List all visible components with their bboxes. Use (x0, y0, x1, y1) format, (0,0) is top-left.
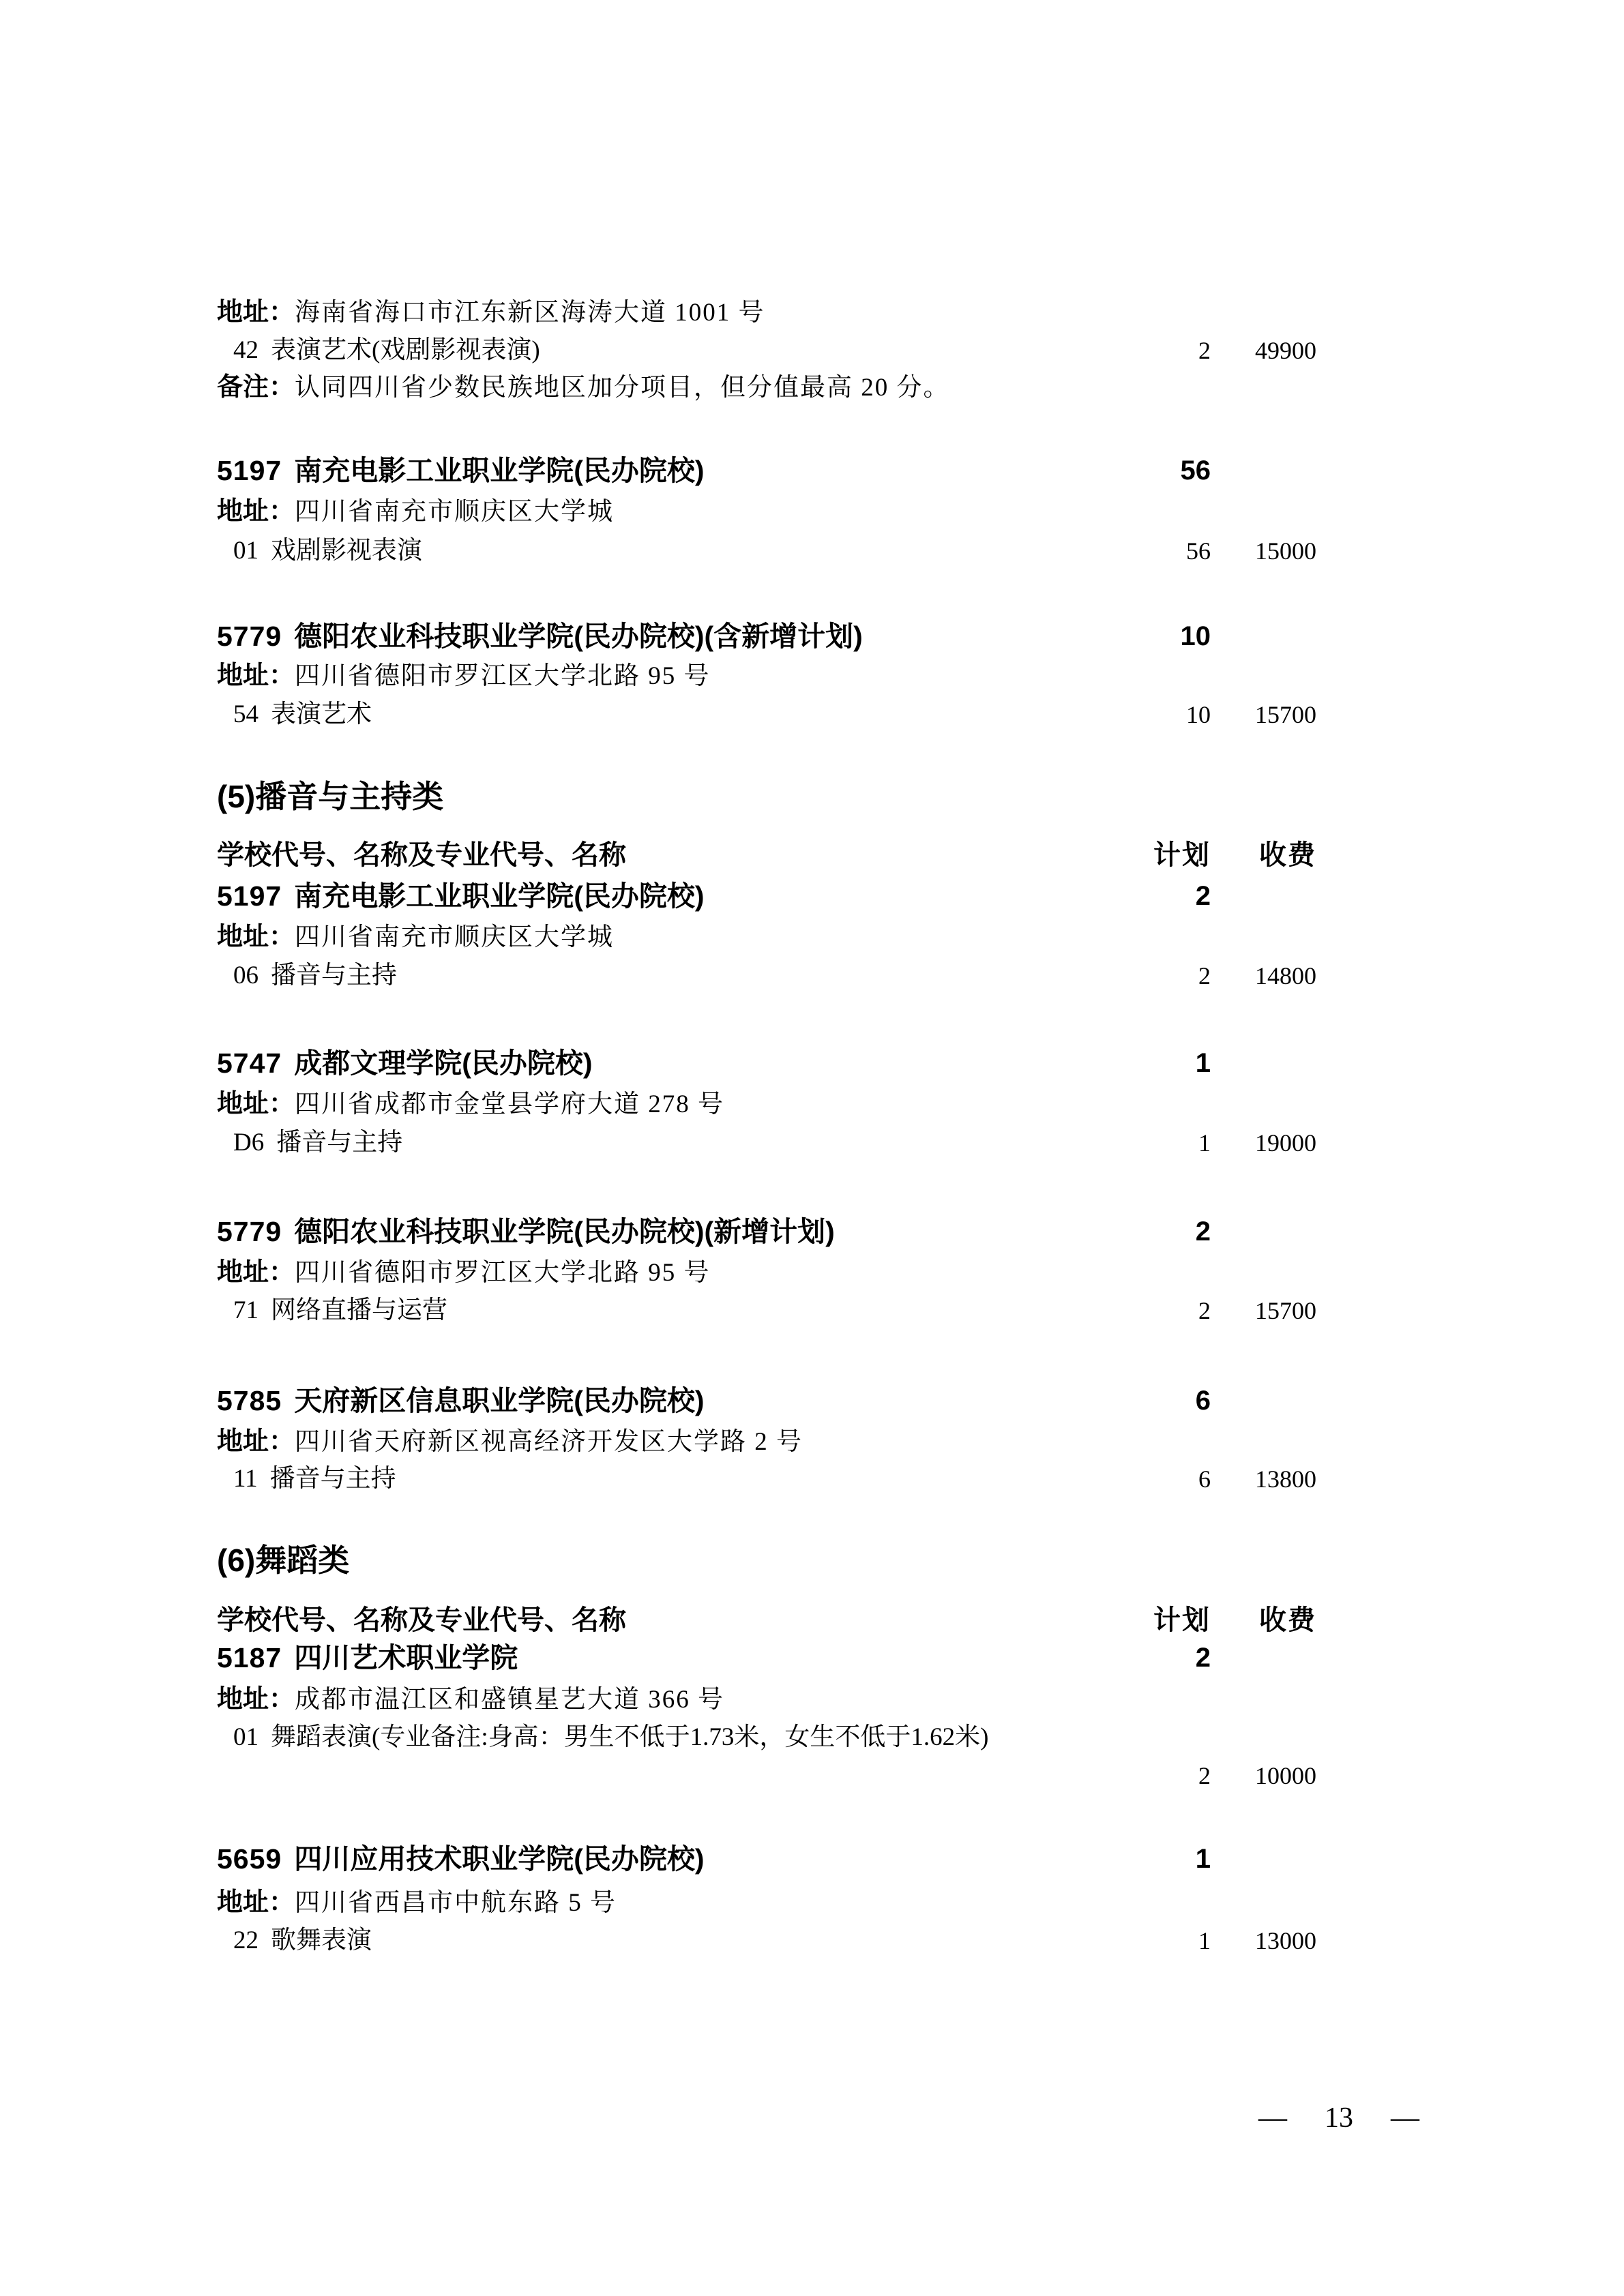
major-name: 播音与主持 (270, 1465, 396, 1493)
plan-value: 2 (1198, 957, 1211, 995)
major-code: 42 (233, 336, 259, 364)
school-name: 成都文理学院(民办院校) (294, 1047, 592, 1079)
note-label: 备注： (217, 373, 295, 402)
plan-value: 1 (1198, 1124, 1211, 1162)
address-label: 地址： (217, 1685, 295, 1714)
school-plan-total: 2 (1196, 877, 1211, 915)
school-name: 南充电影工业职业学院(民办院校) (294, 880, 704, 912)
major-name: 歌舞表演 (271, 1926, 372, 1954)
school-row: 5779德阳农业科技职业学院(民办院校)(含新增计划) 10 (217, 617, 1324, 655)
address-label: 地址： (217, 298, 295, 327)
fee-value: 15700 (1255, 696, 1316, 734)
major-row: 11播音与主持 6 13800 (217, 1460, 1324, 1498)
major-row: 54表演艺术 10 15700 (217, 696, 1324, 734)
school-row: 5659四川应用技术职业学院(民办院校) 1 (217, 1840, 1324, 1878)
school-row: 5779德阳农业科技职业学院(民办院校)(新增计划) 2 (217, 1212, 1324, 1251)
school-plan-total: 2 (1196, 1639, 1211, 1677)
school-plan-total: 56 (1181, 451, 1211, 490)
address-row: 地址：四川省德阳市罗江区大学北路 95 号 (217, 1253, 1324, 1292)
major-row: 01舞蹈表演(专业备注:身高：男生不低于1.73米，女生不低于1.62米) (217, 1718, 1324, 1757)
page-footer: — 13 — (1258, 2099, 1419, 2137)
address-row: 地址：四川省成都市金堂县学府大道 278 号 (217, 1085, 1324, 1123)
fee-value: 15700 (1255, 1292, 1316, 1330)
address-row: 地址：四川省南充市顺庆区大学城 (217, 492, 1324, 531)
major-code: 11 (233, 1465, 258, 1493)
plan-value: 10 (1186, 696, 1211, 734)
school-name: 南充电影工业职业学院(民办院校) (294, 455, 704, 486)
plan-value: 6 (1198, 1460, 1211, 1498)
fee-value: 49900 (1255, 331, 1316, 370)
major-row: 42表演艺术(戏剧影视表演) 2 49900 (217, 331, 1324, 370)
school-code: 5187 (217, 1642, 282, 1673)
major-name: 舞蹈表演(专业备注:身高：男生不低于1.73米，女生不低于1.62米) (271, 1723, 988, 1751)
major-values-row: 2 10000 (217, 1757, 1324, 1795)
major-name: 表演艺术(戏剧影视表演) (271, 336, 540, 364)
address-text: 四川省成都市金堂县学府大道 278 号 (295, 1090, 724, 1118)
table-header-row: 学校代号、名称及专业代号、名称 计划 收费 (217, 836, 1324, 874)
plan-value: 56 (1186, 532, 1211, 570)
school-code: 5659 (217, 1843, 282, 1875)
major-code: 22 (233, 1926, 259, 1954)
fee-value: 15000 (1255, 532, 1316, 570)
school-plan-total: 1 (1196, 1840, 1211, 1878)
address-label: 地址： (217, 1258, 295, 1287)
page-number: 13 (1325, 2099, 1353, 2137)
address-label: 地址： (217, 1888, 295, 1917)
major-code: 06 (233, 961, 259, 989)
school-name: 德阳农业科技职业学院(民办院校)(新增计划) (294, 1216, 835, 1247)
major-code: 54 (233, 700, 259, 728)
address-text: 四川省德阳市罗江区大学北路 95 号 (295, 1259, 711, 1287)
address-row: 地址：四川省德阳市罗江区大学北路 95 号 (217, 657, 1324, 695)
fee-value: 19000 (1255, 1124, 1316, 1162)
school-code: 5197 (217, 880, 282, 912)
school-plan-total: 6 (1196, 1382, 1211, 1420)
address-row: 地址：四川省天府新区视高经济开发区大学路 2 号 (217, 1422, 1324, 1461)
document-page: 地址：海南省海口市江东新区海涛大道 1001 号 42表演艺术(戏剧影视表演) … (0, 0, 1624, 2296)
note-text: 认同四川省少数民族地区加分项目，但分值最高 20 分。 (295, 374, 950, 402)
major-name: 网络直播与运营 (271, 1296, 447, 1324)
table-header-label: 学校代号、名称及专业代号、名称 (217, 840, 626, 870)
plan-column-header: 计划 (1153, 1601, 1211, 1639)
plan-value: 2 (1198, 1757, 1211, 1795)
major-row: 22歌舞表演 1 13000 (217, 1922, 1324, 1960)
school-name: 四川应用技术职业学院(民办院校) (294, 1843, 704, 1875)
address-text: 四川省南充市顺庆区大学城 (295, 923, 614, 951)
plan-value: 2 (1198, 1292, 1211, 1330)
fee-value: 13800 (1255, 1460, 1316, 1498)
table-header-label: 学校代号、名称及专业代号、名称 (217, 1605, 626, 1635)
school-code: 5197 (217, 455, 282, 486)
school-name: 四川艺术职业学院 (294, 1642, 518, 1673)
major-code: 01 (233, 537, 259, 565)
address-text: 海南省海口市江东新区海涛大道 1001 号 (295, 299, 765, 327)
major-name: 表演艺术 (271, 700, 372, 728)
school-name: 天府新区信息职业学院(民办院校) (294, 1385, 704, 1416)
school-row: 5785天府新区信息职业学院(民办院校) 6 (217, 1382, 1324, 1420)
plan-value: 1 (1198, 1922, 1211, 1960)
plan-value: 2 (1198, 331, 1211, 370)
school-plan-total: 1 (1196, 1044, 1211, 1082)
major-name: 播音与主持 (276, 1129, 402, 1157)
address-row: 地址：成都市温江区和盛镇星艺大道 366 号 (217, 1680, 1324, 1718)
address-text: 成都市温江区和盛镇星艺大道 366 号 (295, 1686, 724, 1714)
address-label: 地址： (217, 1090, 295, 1118)
school-code: 5785 (217, 1385, 282, 1416)
school-code: 5779 (217, 621, 282, 652)
address-row: 地址：四川省南充市顺庆区大学城 (217, 918, 1324, 956)
school-row: 5197南充电影工业职业学院(民办院校) 2 (217, 877, 1324, 915)
section-title: (5)播音与主持类 (217, 777, 1324, 816)
school-row: 5187四川艺术职业学院 2 (217, 1639, 1324, 1677)
school-row: 5197南充电影工业职业学院(民办院校) 56 (217, 451, 1324, 490)
address-label: 地址： (217, 661, 295, 690)
table-header-row: 学校代号、名称及专业代号、名称 计划 收费 (217, 1601, 1324, 1639)
fee-column-header: 收费 (1259, 1601, 1316, 1639)
school-plan-total: 10 (1181, 617, 1211, 655)
major-code: D6 (233, 1129, 264, 1157)
school-name: 德阳农业科技职业学院(民办院校)(含新增计划) (294, 621, 863, 652)
major-row: D6播音与主持 1 19000 (217, 1124, 1324, 1162)
major-name: 戏剧影视表演 (271, 537, 422, 565)
page-dash: — (1258, 2099, 1287, 2137)
major-row: 01戏剧影视表演 56 15000 (217, 532, 1324, 570)
address-text: 四川省天府新区视高经济开发区大学路 2 号 (295, 1428, 803, 1456)
plan-column-header: 计划 (1153, 836, 1211, 874)
school-row: 5747成都文理学院(民办院校) 1 (217, 1044, 1324, 1082)
section-title: (6)舞蹈类 (217, 1541, 1324, 1579)
address-label: 地址： (217, 497, 295, 526)
address-row: 地址：海南省海口市江东新区海涛大道 1001 号 (217, 293, 1324, 331)
school-code: 5747 (217, 1047, 282, 1079)
major-code: 71 (233, 1296, 259, 1324)
fee-value: 10000 (1255, 1757, 1316, 1795)
address-text: 四川省南充市顺庆区大学城 (295, 498, 614, 526)
address-row: 地址：四川省西昌市中航东路 5 号 (217, 1883, 1324, 1922)
fee-value: 14800 (1255, 957, 1316, 995)
address-text: 四川省西昌市中航东路 5 号 (295, 1889, 617, 1917)
address-label: 地址： (217, 1427, 295, 1456)
school-code: 5779 (217, 1216, 282, 1247)
address-label: 地址： (217, 923, 295, 951)
page-dash: — (1391, 2099, 1419, 2137)
major-row: 71网络直播与运营 2 15700 (217, 1292, 1324, 1330)
major-name: 播音与主持 (271, 961, 397, 989)
major-code: 01 (233, 1723, 259, 1751)
address-text: 四川省德阳市罗江区大学北路 95 号 (295, 662, 711, 690)
note-row: 备注：认同四川省少数民族地区加分项目，但分值最高 20 分。 (217, 368, 1324, 406)
fee-column-header: 收费 (1259, 836, 1316, 874)
major-row: 06播音与主持 2 14800 (217, 957, 1324, 995)
fee-value: 13000 (1255, 1922, 1316, 1960)
school-plan-total: 2 (1196, 1212, 1211, 1251)
